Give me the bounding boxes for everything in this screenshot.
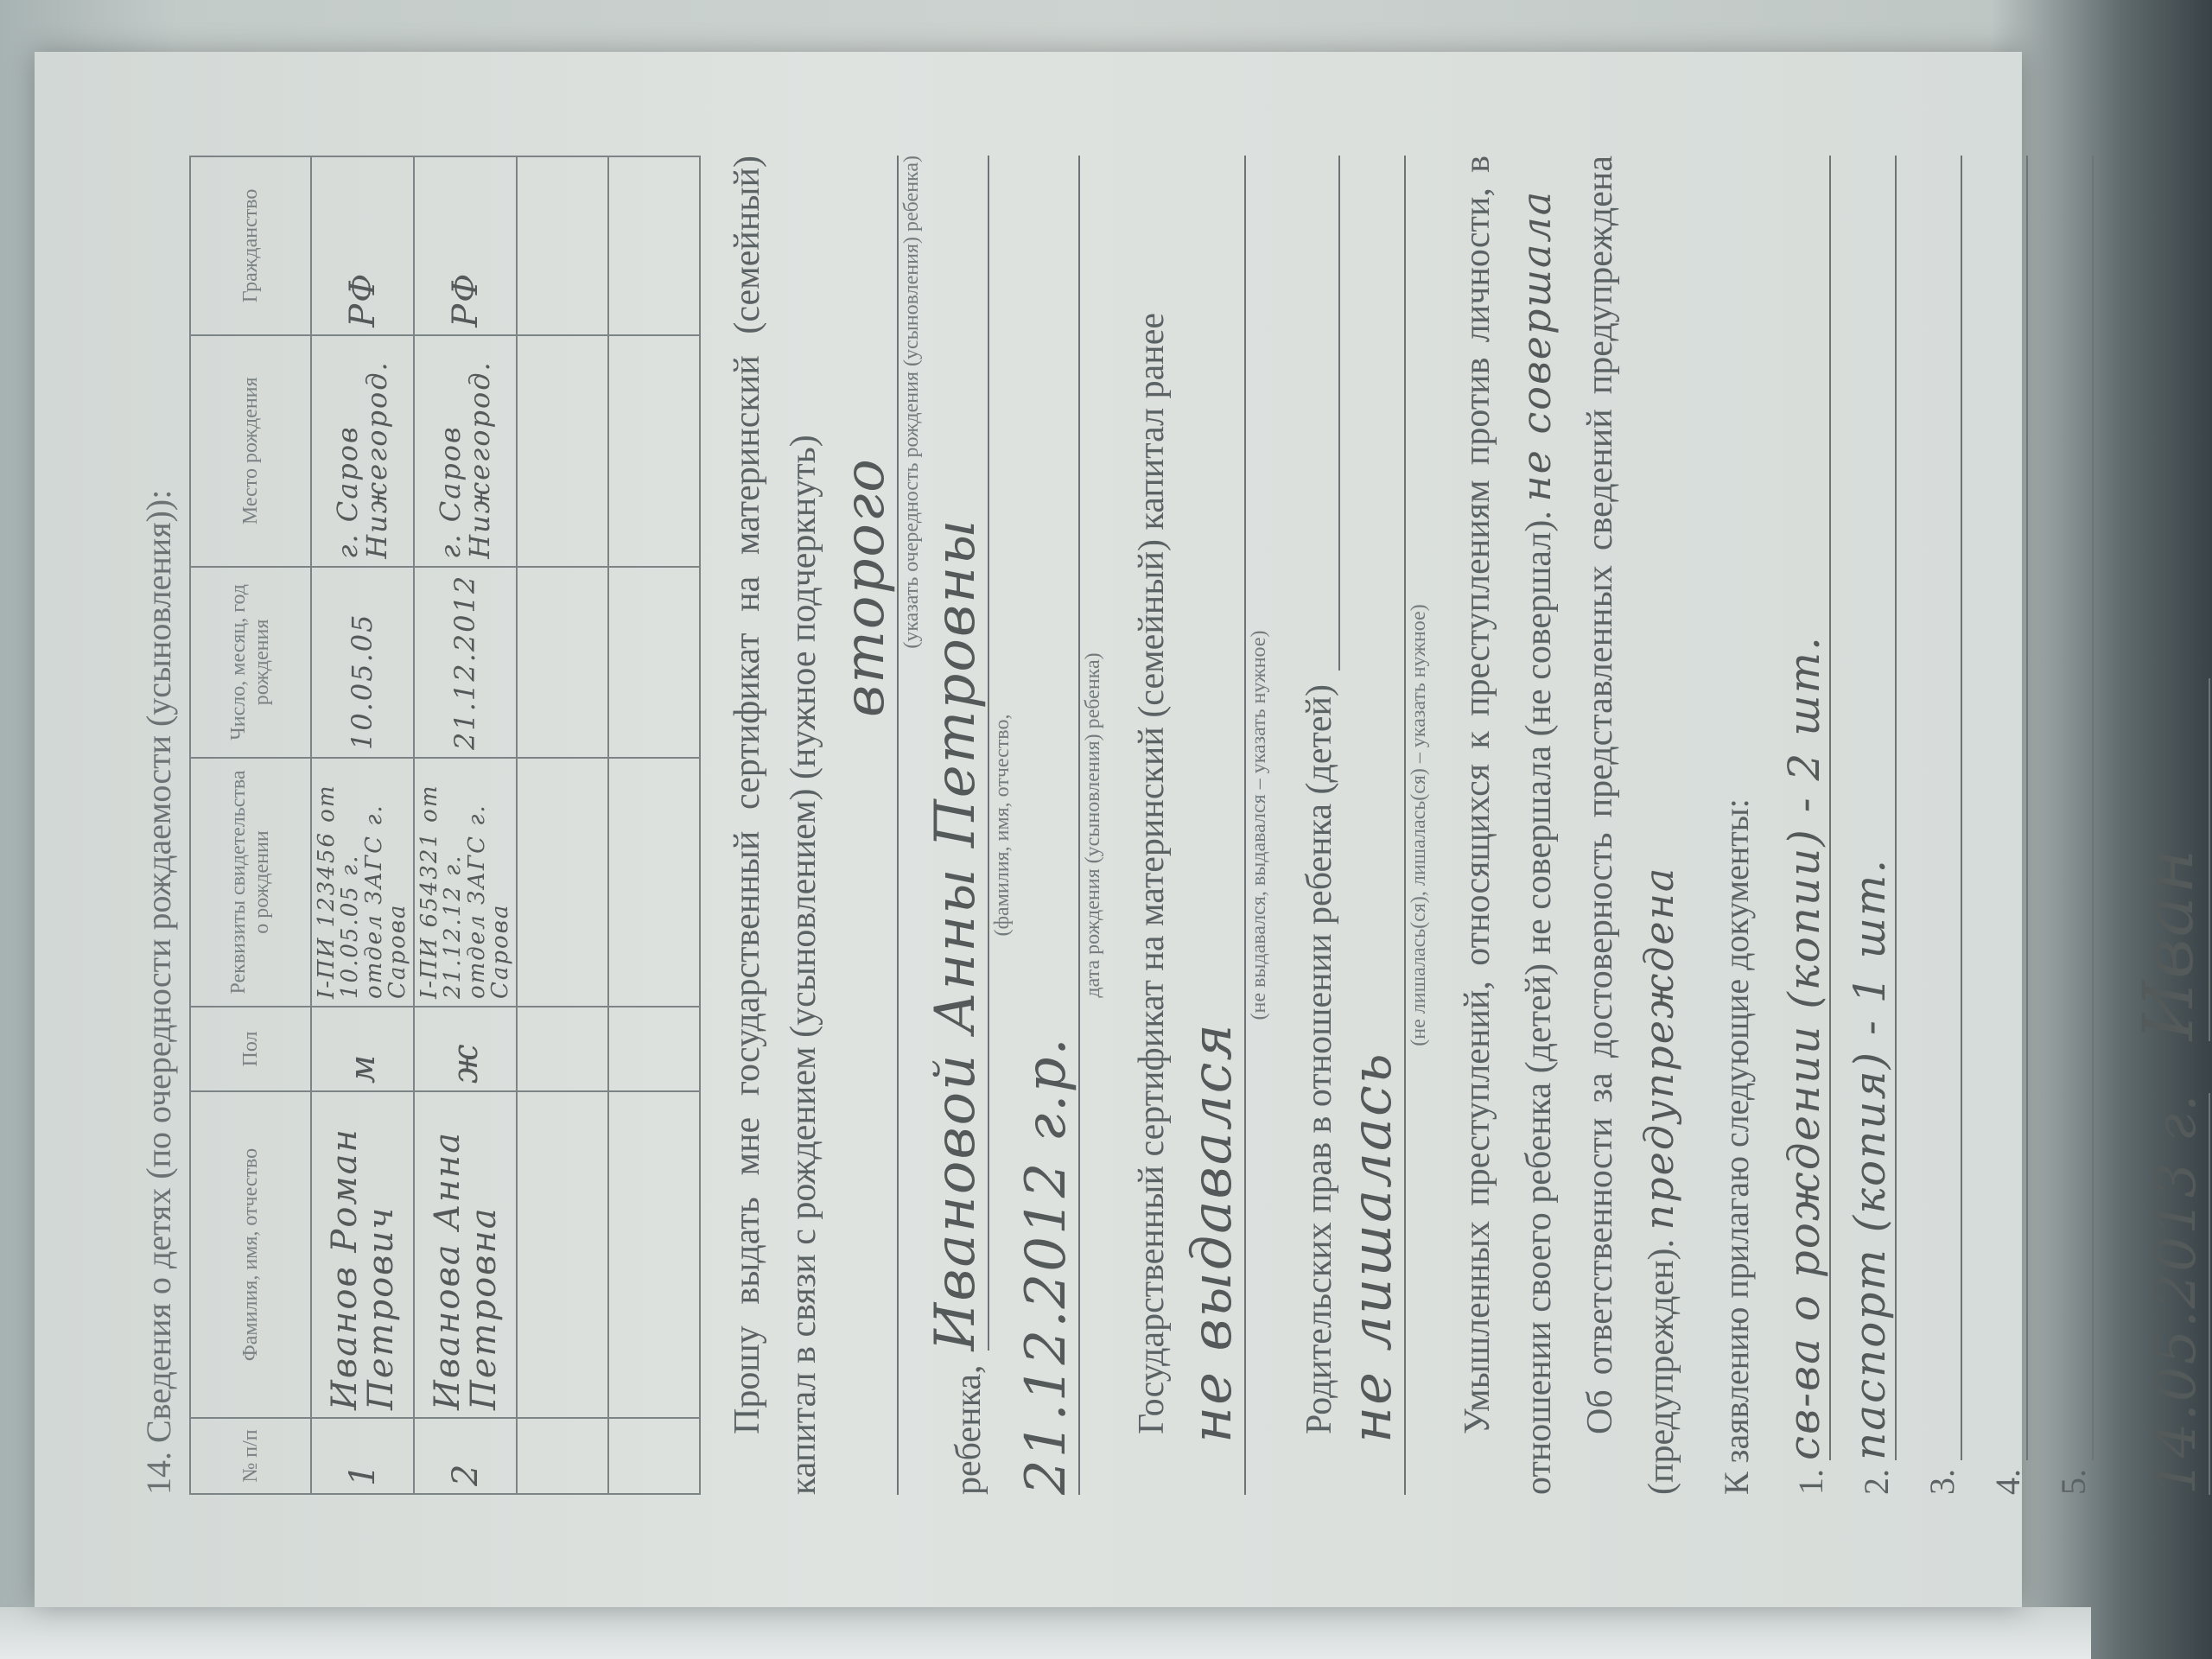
cell-birth-place: г. Саров Нижегород. <box>334 343 391 559</box>
cell-name: Иванов Роман Петрович <box>327 1099 399 1410</box>
child-label: ребенка, <box>948 1365 989 1496</box>
cell-name <box>517 1091 608 1418</box>
parental-rights-caption: (не лишалась(ся), лишалась(ся) – указать… <box>1408 156 1431 1495</box>
cell-sex: м <box>345 1014 381 1084</box>
cell-number <box>608 1418 700 1494</box>
column-header-birth-place: Место рождения <box>190 335 311 567</box>
applicant-signature-block: Иван (подпись заявителя) <box>2128 678 2212 1041</box>
request-text: Прошу выдать мне государственный сертифи… <box>728 156 823 1495</box>
attachment-value: св-ва о рождении (копии) - 2 шт. <box>1779 635 1829 1460</box>
cell-number: 1 <box>345 1426 381 1486</box>
cell-certificate <box>517 758 608 1007</box>
child-name-caption: (фамилия, имя, отчество, <box>991 156 1014 1495</box>
birth-date-field[interactable]: 21.12.2012 г.р. <box>1014 156 1080 1495</box>
cell-number <box>517 1418 608 1494</box>
attachment-item: 4. <box>1962 156 2028 1495</box>
attachment-field[interactable] <box>2040 156 2094 1460</box>
attachment-item: 2. паспорт (копия) - 1 шт. <box>1831 156 1897 1495</box>
certificate-issued-text: Государственный сертификат на матерински… <box>1124 156 1180 1495</box>
crimes-value: не совершала <box>1513 190 1560 502</box>
request-paragraph: Прошу выдать мне государственный сертифи… <box>720 156 832 1495</box>
attachment-number: 3. <box>1922 1469 1962 1495</box>
section-title-children: 14. Сведения о детях (по очередности рож… <box>138 156 179 1495</box>
attachment-field[interactable] <box>1909 156 1962 1460</box>
crimes-paragraph: Умышленных преступлений, относящихся к п… <box>1450 156 1567 1495</box>
parental-rights-field[interactable]: не лишалась <box>1340 156 1406 1495</box>
attachment-value: паспорт (копия) - 1 шт. <box>1845 858 1895 1460</box>
cell-birth-date <box>608 567 700 758</box>
responsibility-paragraph: Об ответственности за достоверность пред… <box>1573 156 1690 1495</box>
cell-citizenship <box>517 156 608 335</box>
responsibility-text: Об ответственности за достоверность пред… <box>1580 156 1681 1495</box>
column-header-certificate: Реквизиты свидетельства о рождении <box>190 758 311 1007</box>
column-header-citizenship: Гражданство <box>190 156 311 335</box>
cell-certificate: I-ПИ 123456 от 10.05.05 г. отдел ЗАГС г.… <box>315 766 410 999</box>
cell-birth-date <box>517 567 608 758</box>
table-row <box>608 156 700 1494</box>
certificate-issued-value: не выдавался <box>1180 1022 1244 1443</box>
cell-birth-place <box>608 335 700 567</box>
application-form-sheet: 14. Сведения о детях (по очередности рож… <box>35 52 2022 1607</box>
cell-sex <box>517 1007 608 1091</box>
table-row <box>517 156 608 1494</box>
attachment-number: 5. <box>2053 1469 2094 1495</box>
order-value: второго <box>833 457 897 717</box>
parental-rights-field-top[interactable] <box>1285 156 1340 671</box>
cell-sex: ж <box>448 1014 484 1084</box>
applicant-signature: Иван <box>2128 847 2209 1041</box>
attachment-number: 1. <box>1790 1469 1831 1495</box>
certificate-issued-field[interactable]: не выдавался <box>1180 156 1246 1495</box>
attachments-label: К заявлению прилагаю следующие документы… <box>1716 156 1757 1495</box>
date-field[interactable]: 14.05.2013 г. <box>2145 1093 2210 1495</box>
column-header-birth-date: Число, месяц, год рождения <box>190 567 311 758</box>
column-header-sex: Пол <box>190 1007 311 1091</box>
attachment-field[interactable]: св-ва о рождении (копии) - 2 шт. <box>1777 156 1831 1460</box>
cell-name: Иванова Анна Петровна <box>429 1099 502 1410</box>
cell-sex <box>608 1007 700 1091</box>
attachment-item: 1. св-ва о рождении (копии) - 2 шт. <box>1765 156 1831 1495</box>
table-header-row: № п/п Фамилия, имя, отчество Пол Реквизи… <box>190 156 311 1494</box>
attachment-number: 4. <box>1987 1469 2028 1495</box>
attachments-list: 1. св-ва о рождении (копии) - 2 шт. 2. п… <box>1765 156 2094 1495</box>
cell-citizenship: РФ <box>345 164 381 327</box>
date-value: 14.05.2013 г. <box>2145 1093 2209 1495</box>
cell-certificate: I-ПИ 654321 от 21.12.12 г. отдел ЗАГС г.… <box>418 766 512 999</box>
responsibility-value: предупреждена <box>1636 867 1682 1230</box>
attachment-item: 5. <box>2028 156 2094 1495</box>
column-header-name: Фамилия, имя, отчество <box>190 1091 311 1418</box>
parental-rights-text: Родительских прав в отношении ребенка (д… <box>1299 684 1340 1495</box>
cell-number: 2 <box>448 1426 484 1486</box>
table-row: 2 Иванова Анна Петровна ж I-ПИ 654321 от… <box>414 156 517 1494</box>
cell-citizenship: РФ <box>448 164 484 327</box>
children-table: № п/п Фамилия, имя, отчество Пол Реквизи… <box>189 156 701 1495</box>
date-block: 14.05.2013 г. (дата) <box>2145 1093 2212 1495</box>
order-field[interactable]: второго <box>833 156 899 1495</box>
cell-citizenship <box>608 156 700 335</box>
attachment-number: 2. <box>1856 1469 1897 1495</box>
column-header-number: № п/п <box>190 1418 311 1494</box>
child-name-value: Ивановой Анны Петровны <box>924 518 988 1351</box>
table-surface <box>0 1607 2091 1659</box>
applicant-signature-field[interactable]: Иван <box>2128 678 2210 1041</box>
certificate-issued-caption: (не выдавался, выдавался – указать нужно… <box>1248 156 1271 1495</box>
cell-birth-place <box>517 335 608 567</box>
order-caption: (указать очередность рождения (усыновлен… <box>900 156 924 1495</box>
cell-certificate <box>608 758 700 1007</box>
cell-birth-place: г. Саров Нижегород. <box>436 343 494 559</box>
birth-date-value: 21.12.2012 г.р. <box>1014 1036 1078 1495</box>
child-name-field[interactable]: Ивановой Анны Петровны <box>924 156 989 1351</box>
attachment-item: 3. <box>1897 156 1962 1495</box>
attachment-field[interactable] <box>1974 156 2028 1460</box>
table-row: 1 Иванов Роман Петрович м I-ПИ 123456 от… <box>311 156 414 1494</box>
parental-rights-value: не лишалась <box>1340 1052 1404 1443</box>
cell-name <box>608 1091 700 1418</box>
cell-birth-date: 21.12.2012 <box>451 575 480 750</box>
birth-date-caption: дата рождения (усыновления) ребенка) <box>1082 156 1105 1495</box>
attachment-field[interactable]: паспорт (копия) - 1 шт. <box>1843 156 1897 1460</box>
signature-row: 14.05.2013 г. (дата) Иван (подпись заяви… <box>2128 156 2212 1495</box>
cell-birth-date: 10.05.05 <box>348 575 378 750</box>
